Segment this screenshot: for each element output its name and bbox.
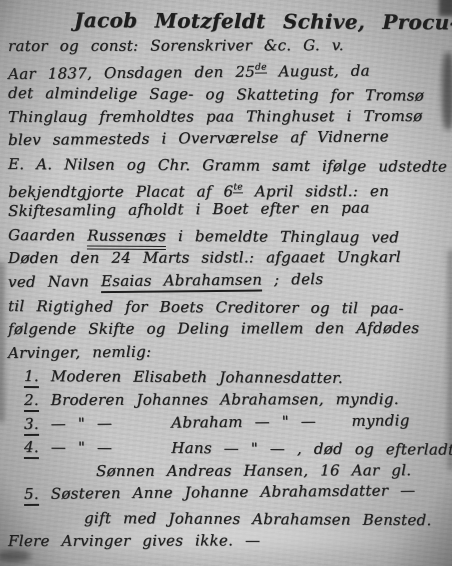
text-segment: E. A. Nilsen og Chr. Gramm samt ifølge u… (8, 155, 447, 176)
text-segment: Døden den 24 Marts sidstl.: afgaaet Ungk… (8, 248, 401, 267)
text-segment: te (233, 182, 243, 193)
text-segment: Esaias Abrahamsen (101, 270, 262, 293)
text-segment: Gaarden (8, 226, 87, 244)
manuscript-line: blev sammesteds i Overværelse af Vidnern… (8, 125, 452, 153)
text-segment: Flere Arvinger gives ikke. — (8, 532, 260, 551)
text-segment: 3. (24, 414, 39, 435)
manuscript-line: 5. Søsteren Anne Johanne Abrahamsdatter … (24, 479, 452, 507)
text-segment: Arvinger, nemlig: (8, 342, 152, 361)
text-segment: ved Navn (8, 272, 101, 291)
text-segment: rator og const: Sorenskriver &c. G. v. (8, 36, 344, 55)
text-segment: følgende Skifte og Deling imellem den Af… (8, 319, 419, 338)
text-segment: gift med Johannes Abrahamsen Bensted. (84, 509, 432, 529)
text-segment: 5. (24, 485, 39, 506)
text-segment: Thinglaug fremholdtes paa Thinghuset i T… (8, 107, 422, 126)
text-segment: de (255, 62, 267, 73)
text-segment: ; dels (262, 270, 323, 289)
text-segment: — " — Abraham — " — myndig (39, 411, 410, 433)
manuscript-line: Flere Arvinger gives ikke. — (8, 529, 452, 554)
text-segment: — " — Hans — " — , død og efterladt (39, 438, 452, 459)
text-segment: blev sammesteds i Overværelse af Vidnern… (8, 128, 389, 150)
manuscript-line: Skiftesamling afholdt i Boet efter en pa… (8, 196, 452, 224)
text-segment: Skiftesamling afholdt i Boet efter en pa… (8, 199, 370, 220)
text-segment: Jacob Motzfeldt Schive, Procu- (74, 8, 452, 34)
text-segment: August, da (267, 61, 370, 80)
manuscript-line: Aar 1837, Onsdagen den 25de August, da (8, 54, 452, 82)
manuscript-line: Arvinger, nemlig: (8, 337, 452, 365)
text-segment: 2. (24, 391, 39, 412)
manuscript-line: 3. — " — Abraham — " — myndig (24, 408, 452, 436)
text-segment: Moderen Elisabeth Johannesdatter. (39, 367, 343, 387)
manuscript-line: ved Navn Esaias Abrahamsen ; dels (8, 267, 452, 295)
text-segment: det almindelige Sage- og Skatteting for … (8, 84, 424, 105)
text-segment: 1. (24, 367, 39, 388)
text-segment: til Rigtighed for Boets Creditorer og ti… (8, 297, 404, 317)
manuscript-line: Jacob Motzfeldt Schive, Procu- (74, 5, 452, 37)
text-segment: 4. (24, 438, 39, 459)
manuscript-text: Jacob Motzfeldt Schive, Procu-rator og c… (0, 0, 452, 566)
document-scan-page: Jacob Motzfeldt Schive, Procu-rator og c… (0, 0, 452, 566)
text-segment: Aar 1837, Onsdagen den 25 (8, 62, 255, 82)
text-segment: Sønnen Andreas Hansen, 16 Aar gl. (96, 461, 411, 480)
text-segment: Søsteren Anne Johanne Abrahamsdatter — (39, 482, 416, 504)
text-segment: Broderen Johannes Abrahamsen, myndig. (39, 390, 399, 409)
text-segment: i bemeldte Thinglaug ved (166, 227, 399, 246)
